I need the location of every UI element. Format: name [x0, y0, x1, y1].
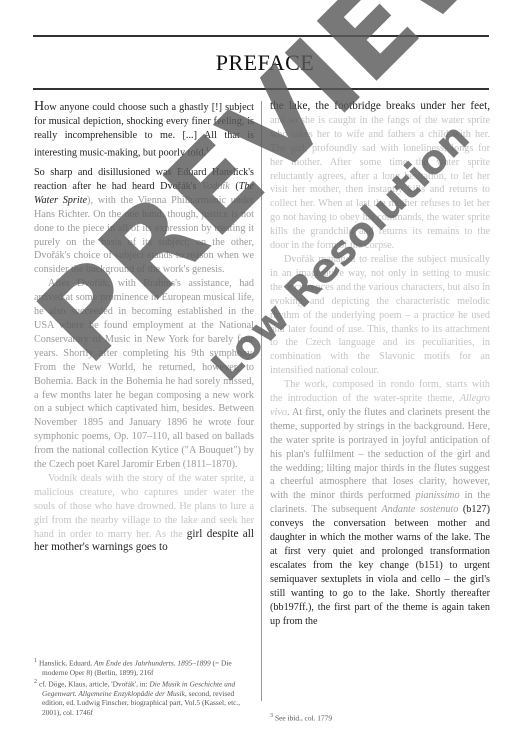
- column-divider: [261, 101, 262, 701]
- right-column: the lake, the footbridge breaks under he…: [270, 100, 490, 634]
- paragraph: the lake, the footbridge breaks under he…: [270, 100, 490, 253]
- paragraph: Vodník deals with the story of the water…: [34, 472, 254, 555]
- footnote-ref: 1: [206, 146, 209, 153]
- footnote: 3See ibid., col. 1779: [270, 712, 490, 723]
- footnotes-left: 1Hanslick, Eduard, Am Ende des Jahrhunde…: [34, 657, 256, 718]
- footnote: 1Hanslick, Eduard, Am Ende des Jahrhunde…: [34, 657, 256, 678]
- opening-quote: How anyone could choose such a ghastly […: [34, 100, 254, 160]
- paragraph: Dvořák managed to realise the subject mu…: [270, 253, 490, 378]
- document-page: PREFACE How anyone could choose such a g…: [0, 0, 530, 750]
- quote-text: ow anyone could choose such a ghastly [!…: [34, 102, 254, 158]
- paragraph: The work, composed in rondo form, starts…: [270, 378, 490, 628]
- footnote: 2cf. Döge, Klaus, article, 'Dvořák', in:…: [34, 678, 256, 718]
- page-title: PREFACE: [0, 50, 530, 76]
- footnotes-right: 3See ibid., col. 1779: [270, 712, 490, 723]
- title-rule-bottom: [33, 88, 489, 90]
- paragraph: So sharp and disillusioned was Eduard Ha…: [34, 166, 254, 277]
- left-column: How anyone could choose such a ghastly […: [34, 100, 254, 561]
- dropcap-letter: H: [34, 99, 44, 114]
- paragraph: After Dvořák, with Brahms's assistance, …: [34, 277, 254, 472]
- title-rule-top: [33, 35, 489, 37]
